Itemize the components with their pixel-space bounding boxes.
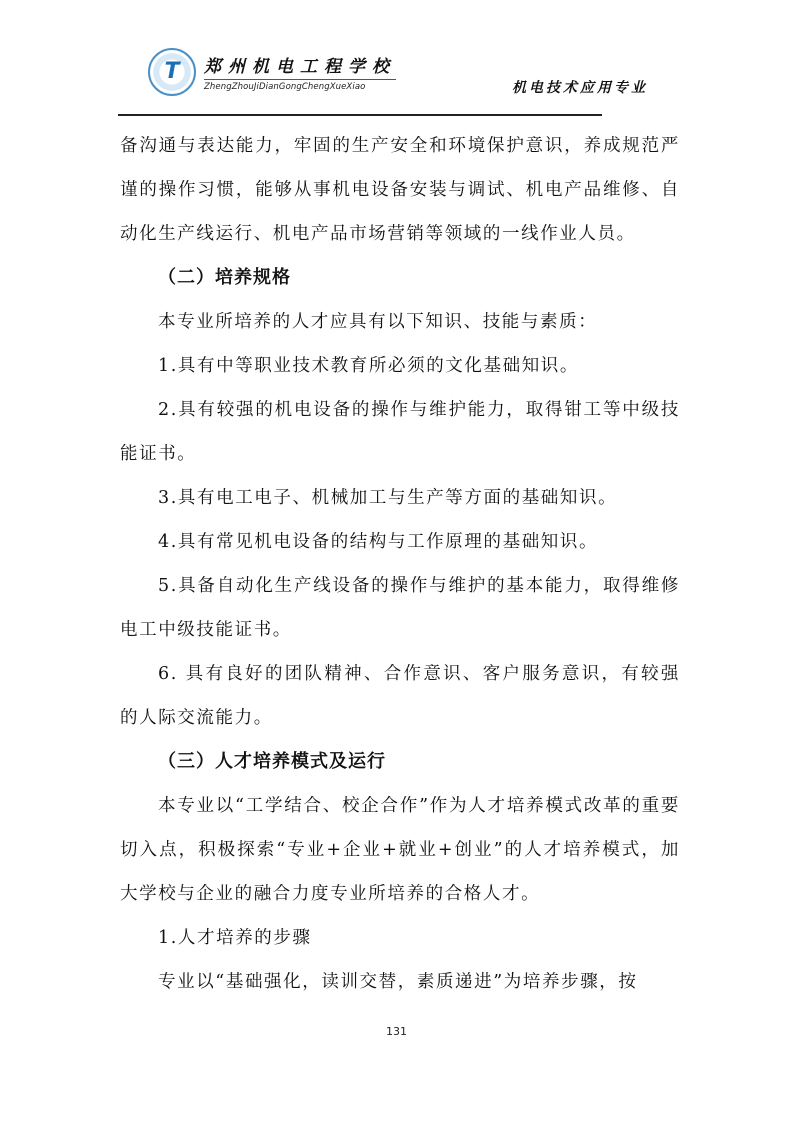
- spec-item-5: 5.具备自动化生产线设备的操作与维护的基本能力，取得维修电工中级技能证书。: [120, 564, 680, 652]
- spec-item-6: 6. 具有良好的团队精神、合作意识、客户服务意识，有较强的人际交流能力。: [120, 652, 680, 740]
- spec-item-1: 1.具有中等职业技术教育所必须的文化基础知识。: [120, 344, 680, 388]
- section2-lead: 本专业所培养的人才应具有以下知识、技能与素质：: [120, 300, 680, 344]
- school-name-cn: 郑州机电工程学校: [204, 52, 396, 80]
- header-divider: [118, 114, 602, 116]
- section3-sub-paragraph: 专业以“基础强化，读训交替，素质递进”为培养步骤，按: [120, 960, 680, 1004]
- school-seal-icon: T: [148, 48, 196, 96]
- spec-item-2: 2.具有较强的机电设备的操作与维护能力，取得钳工等中级技能证书。: [120, 388, 680, 476]
- major-title: 机电技术应用专业: [512, 77, 648, 97]
- section3-subheading: 1.人才培养的步骤: [120, 916, 680, 960]
- school-name-block: 郑州机电工程学校 ZhengZhouJiDianGongChengXueXiao: [204, 52, 396, 92]
- document-body: 备沟通与表达能力，牢固的生产安全和环境保护意识，养成规范严谨的操作习惯，能够从事…: [120, 124, 680, 1004]
- school-name-en: ZhengZhouJiDianGongChengXueXiao: [204, 82, 396, 92]
- spec-item-3: 3.具有电工电子、机械加工与生产等方面的基础知识。: [120, 476, 680, 520]
- school-logo: T 郑州机电工程学校 ZhengZhouJiDianGongChengXueXi…: [148, 48, 396, 96]
- page-header: T 郑州机电工程学校 ZhengZhouJiDianGongChengXueXi…: [118, 40, 686, 115]
- section-heading-training-mode: （三）人才培养模式及运行: [120, 740, 680, 784]
- spec-item-4: 4.具有常见机电设备的结构与工作原理的基础知识。: [120, 520, 680, 564]
- section3-paragraph: 本专业以“工学结合、校企合作”作为人才培养模式改革的重要切入点，积极探索“专业+…: [120, 784, 680, 916]
- intro-paragraph: 备沟通与表达能力，牢固的生产安全和环境保护意识，养成规范严谨的操作习惯，能够从事…: [120, 124, 680, 256]
- section-heading-training-specs: （二）培养规格: [120, 256, 680, 300]
- page-number: 131: [0, 1025, 793, 1038]
